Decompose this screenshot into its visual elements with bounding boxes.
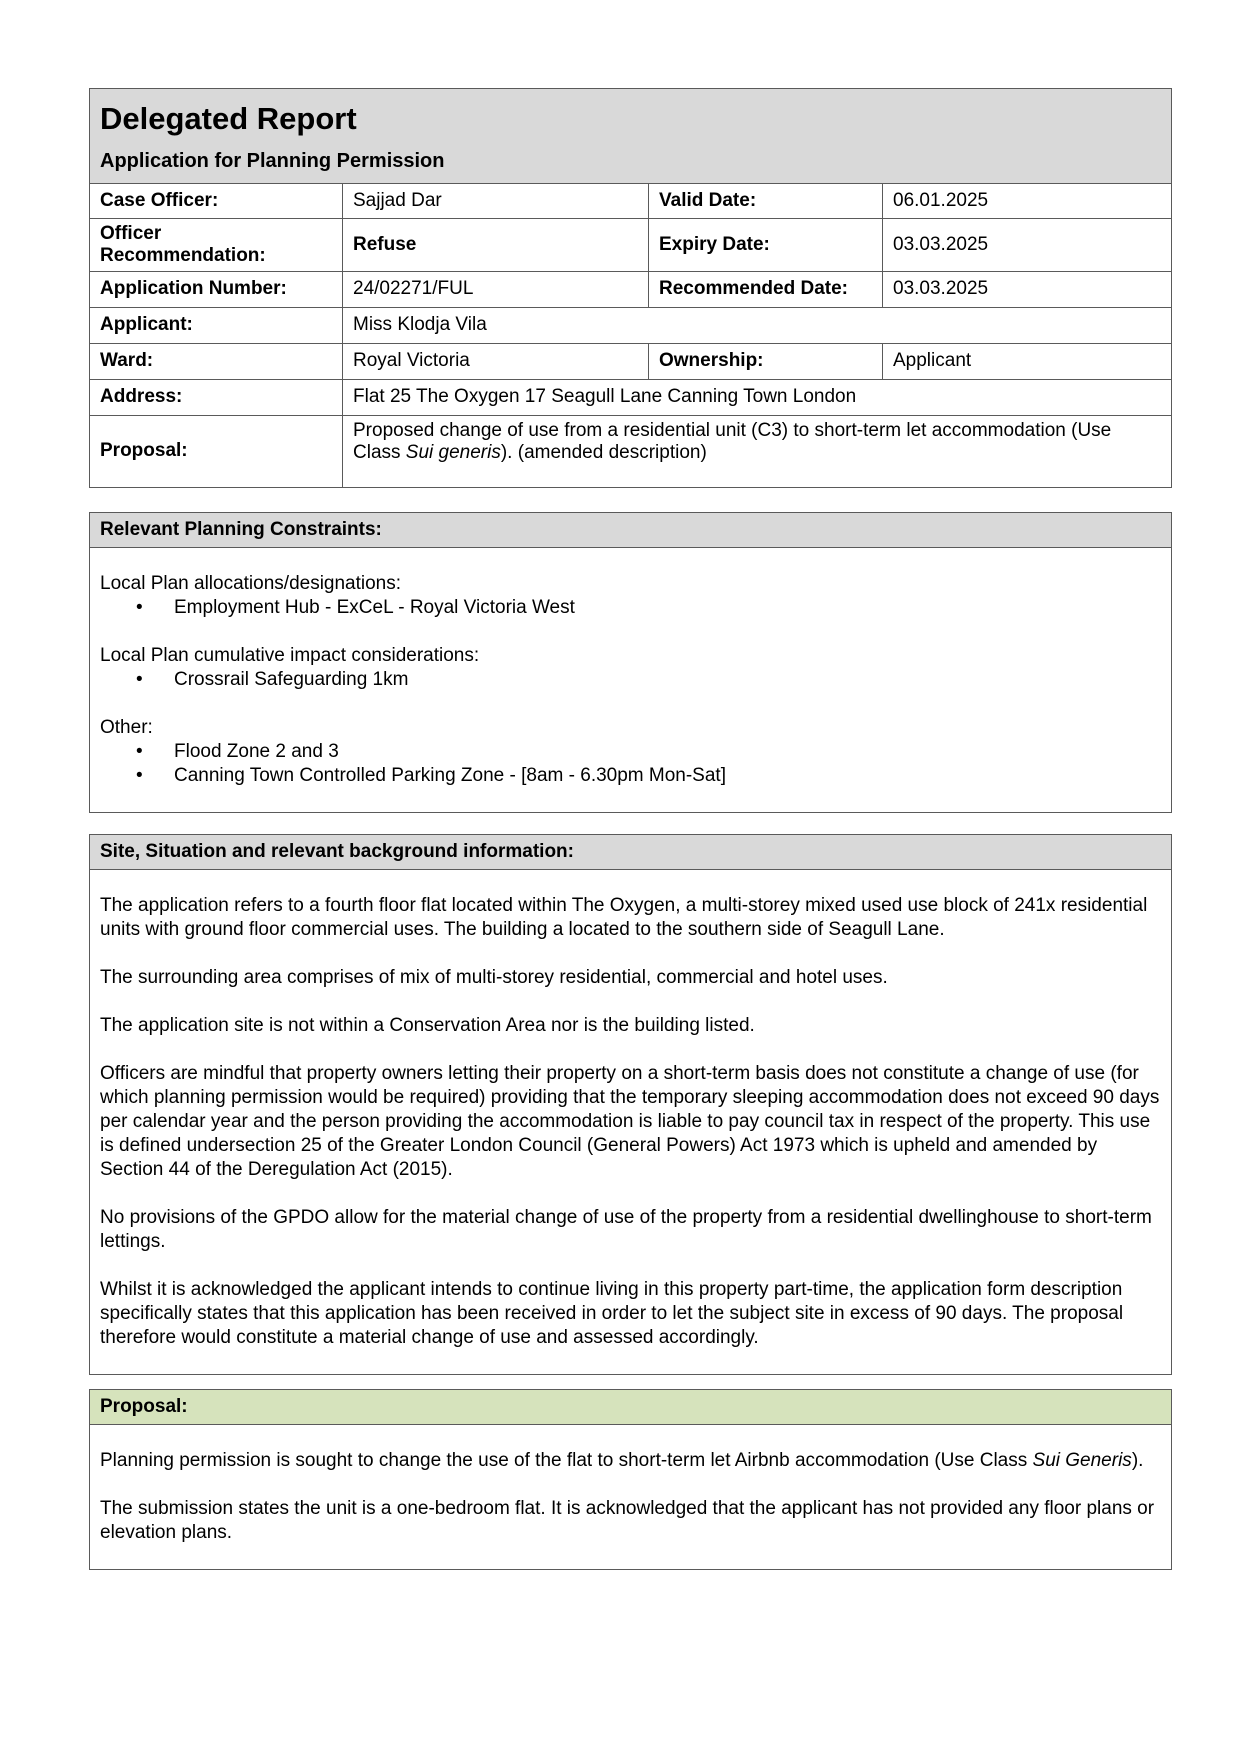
report-subtitle: Application for Planning Permission (100, 149, 1161, 173)
proposal-label: Proposal: (90, 415, 343, 487)
proposal-value: Proposed change of use from a residentia… (343, 415, 1172, 487)
proposal-use-class: Sui generis (406, 442, 501, 463)
paragraph: Officers are mindful that property owner… (100, 1062, 1161, 1182)
site-body: The application refers to a fourth floor… (90, 870, 1171, 1374)
list-item-text: Canning Town Controlled Parking Zone - [… (174, 765, 726, 786)
table-row: Ward: Royal Victoria Ownership: Applican… (90, 343, 1171, 379)
bullet-icon: • (136, 764, 143, 788)
site-situation-section: Site, Situation and relevant background … (89, 834, 1172, 1375)
proposal-body: Planning permission is sought to change … (90, 1425, 1171, 1569)
list-item: •Crossrail Safeguarding 1km (174, 668, 1161, 692)
constraints-body: Local Plan allocations/designations: •Em… (90, 548, 1171, 812)
applicant-value: Miss Klodja Vila (343, 307, 1172, 343)
list-item-text: Employment Hub - ExCeL - Royal Victoria … (174, 597, 575, 618)
report-title-block: Delegated Report Application for Plannin… (90, 89, 1171, 184)
list-item: •Flood Zone 2 and 3 (174, 740, 1161, 764)
ward-label: Ward: (90, 343, 343, 379)
list-item-text: Crossrail Safeguarding 1km (174, 669, 408, 690)
bullet-icon: • (136, 740, 143, 764)
section-heading: Proposal: (90, 1390, 1171, 1425)
case-details-table: Case Officer: Sajjad Dar Valid Date: 06.… (90, 184, 1171, 487)
proposal-section: Proposal: Planning permission is sought … (89, 1389, 1172, 1570)
constraint-group-label: Other: (100, 716, 1161, 740)
paragraph: The application site is not within a Con… (100, 1014, 1161, 1038)
paragraph: The application refers to a fourth floor… (100, 894, 1161, 942)
paragraph: The submission states the unit is a one-… (100, 1497, 1161, 1545)
expiry-date-value: 03.03.2025 (883, 218, 1172, 271)
report-header-table: Delegated Report Application for Plannin… (89, 88, 1172, 488)
recommended-date-label: Recommended Date: (649, 271, 883, 307)
report-title: Delegated Report (100, 101, 1161, 137)
list-item: •Employment Hub - ExCeL - Royal Victoria… (174, 596, 1161, 620)
constraint-group-label: Local Plan allocations/designations: (100, 572, 1161, 596)
bullet-icon: • (136, 596, 143, 620)
ward-value: Royal Victoria (343, 343, 649, 379)
valid-date-label: Valid Date: (649, 184, 883, 218)
application-number-value: 24/02271/FUL (343, 271, 649, 307)
table-row: Proposal: Proposed change of use from a … (90, 415, 1171, 487)
table-row: Application Number: 24/02271/FUL Recomme… (90, 271, 1171, 307)
expiry-date-label: Expiry Date: (649, 218, 883, 271)
paragraph: No provisions of the GPDO allow for the … (100, 1206, 1161, 1254)
bullet-icon: • (136, 668, 143, 692)
case-officer-value: Sajjad Dar (343, 184, 649, 218)
proposal-text-end: ). (amended description) (501, 442, 707, 463)
constraint-group-label: Local Plan cumulative impact considerati… (100, 644, 1161, 668)
list-item: •Canning Town Controlled Parking Zone - … (174, 764, 1161, 788)
ownership-value: Applicant (883, 343, 1172, 379)
case-officer-label: Case Officer: (90, 184, 343, 218)
table-row: Applicant: Miss Klodja Vila (90, 307, 1171, 343)
paragraph: Planning permission is sought to change … (100, 1449, 1161, 1473)
use-class-text: Sui Generis (1033, 1450, 1132, 1471)
constraint-list: •Crossrail Safeguarding 1km (100, 668, 1161, 692)
address-value: Flat 25 The Oxygen 17 Seagull Lane Canni… (343, 379, 1172, 415)
paragraph-text: Planning permission is sought to change … (100, 1450, 1033, 1471)
valid-date-value: 06.01.2025 (883, 184, 1172, 218)
paragraph: The surrounding area comprises of mix of… (100, 966, 1161, 990)
list-item-text: Flood Zone 2 and 3 (174, 741, 339, 762)
section-heading: Site, Situation and relevant background … (90, 835, 1171, 870)
table-row: Officer Recommendation: Refuse Expiry Da… (90, 218, 1171, 271)
constraint-list: •Employment Hub - ExCeL - Royal Victoria… (100, 596, 1161, 620)
constraint-list: •Flood Zone 2 and 3 •Canning Town Contro… (100, 740, 1161, 788)
paragraph: Whilst it is acknowledged the applicant … (100, 1278, 1161, 1350)
table-row: Address: Flat 25 The Oxygen 17 Seagull L… (90, 379, 1171, 415)
paragraph-text-end: ). (1132, 1450, 1144, 1471)
recommended-date-value: 03.03.2025 (883, 271, 1172, 307)
address-label: Address: (90, 379, 343, 415)
table-row: Case Officer: Sajjad Dar Valid Date: 06.… (90, 184, 1171, 218)
recommendation-label: Officer Recommendation: (90, 218, 343, 271)
applicant-label: Applicant: (90, 307, 343, 343)
application-number-label: Application Number: (90, 271, 343, 307)
planning-constraints-section: Relevant Planning Constraints: Local Pla… (89, 512, 1172, 813)
recommendation-value: Refuse (343, 218, 649, 271)
ownership-label: Ownership: (649, 343, 883, 379)
section-heading: Relevant Planning Constraints: (90, 513, 1171, 548)
